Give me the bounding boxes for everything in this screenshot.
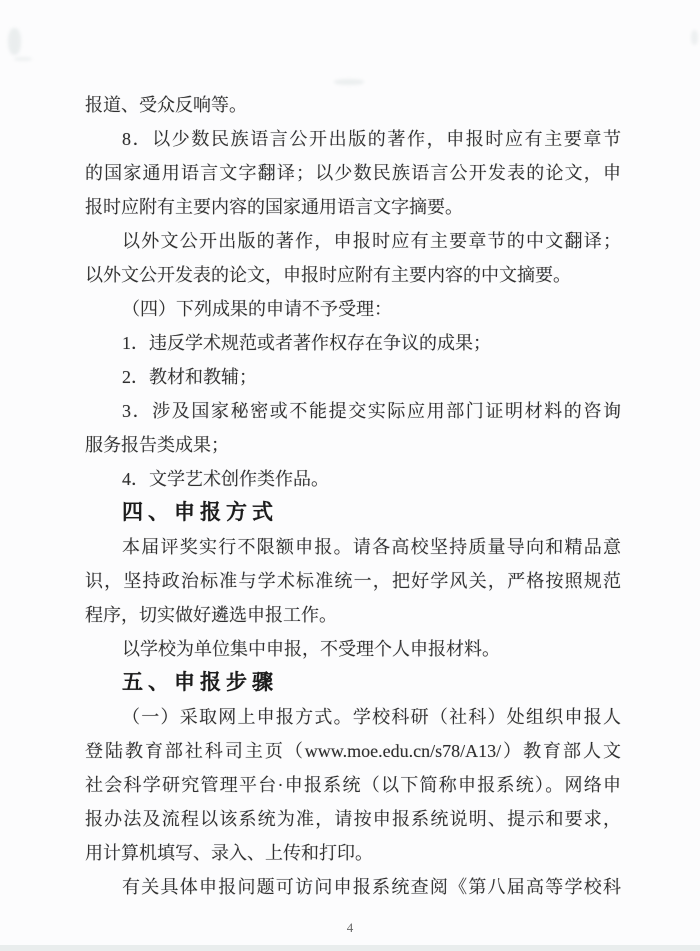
document-line: 识，坚持政治标准与学术标准统一，把好学风关，严格按照规范: [85, 564, 621, 598]
document-line: 3．涉及国家秘密或不能提交实际应用部门证明材料的咨询: [85, 394, 621, 428]
scan-artifact: [334, 79, 364, 85]
document-line: 社会科学研究管理平台·申报系统（以下简称申报系统）。网络申: [85, 768, 621, 802]
document-line: 2．教材和教辅；: [85, 360, 621, 394]
scan-edge-strip: [0, 945, 700, 951]
document-line: 1．违反学术规范或者著作权存在争议的成果；: [85, 326, 621, 360]
scan-artifact: [8, 28, 21, 55]
section-heading: 四、申报方式: [85, 496, 621, 530]
document-line: （四）下列成果的申请不予受理：: [85, 292, 621, 326]
document-line: 的国家通用语言文字翻译；以少数民族语言公开发表的论文，申: [85, 156, 621, 190]
document-line: 8．以少数民族语言公开出版的著作，申报时应有主要章节: [85, 122, 621, 156]
document-line: 本届评奖实行不限额申报。请各高校坚持质量导向和精品意: [85, 530, 621, 564]
document-line: 登陆教育部社科司主页（www.moe.edu.cn/s78/A13/）教育部人文: [85, 734, 621, 768]
document-line: 以学校为单位集中申报，不受理个人申报材料。: [85, 632, 621, 666]
document-line: （一）采取网上申报方式。学校科研（社科）处组织申报人: [85, 700, 621, 734]
document-line: 报办法及流程以该系统为准，请按申报系统说明、提示和要求，: [85, 802, 621, 836]
document-line: 服务报告类成果；: [85, 428, 621, 462]
document-line: 用计算机填写、录入、上传和打印。: [85, 836, 621, 870]
section-heading: 五、申报步骤: [85, 666, 621, 700]
document-line: 程序，切实做好遴选申报工作。: [85, 598, 621, 632]
document-page: 报道、受众反响等。8．以少数民族语言公开出版的著作，申报时应有主要章节的国家通用…: [0, 0, 700, 951]
page-number: 4: [0, 919, 700, 937]
document-line: 以外文公开出版的著作，申报时应有主要章节的中文翻译；: [85, 224, 621, 258]
document-lines: 报道、受众反响等。8．以少数民族语言公开出版的著作，申报时应有主要章节的国家通用…: [85, 88, 621, 904]
scan-artifact: [14, 57, 32, 61]
document-line: 报时应附有主要内容的国家通用语言文字摘要。: [85, 190, 621, 224]
document-line: 报道、受众反响等。: [85, 88, 621, 122]
document-line: 4．文学艺术创作类作品。: [85, 462, 621, 496]
scan-artifact: [691, 30, 698, 45]
document-line: 以外文公开发表的论文，申报时应附有主要内容的中文摘要。: [85, 258, 621, 292]
document-line: 有关具体申报问题可访问申报系统查阅《第八届高等学校科: [85, 870, 621, 904]
